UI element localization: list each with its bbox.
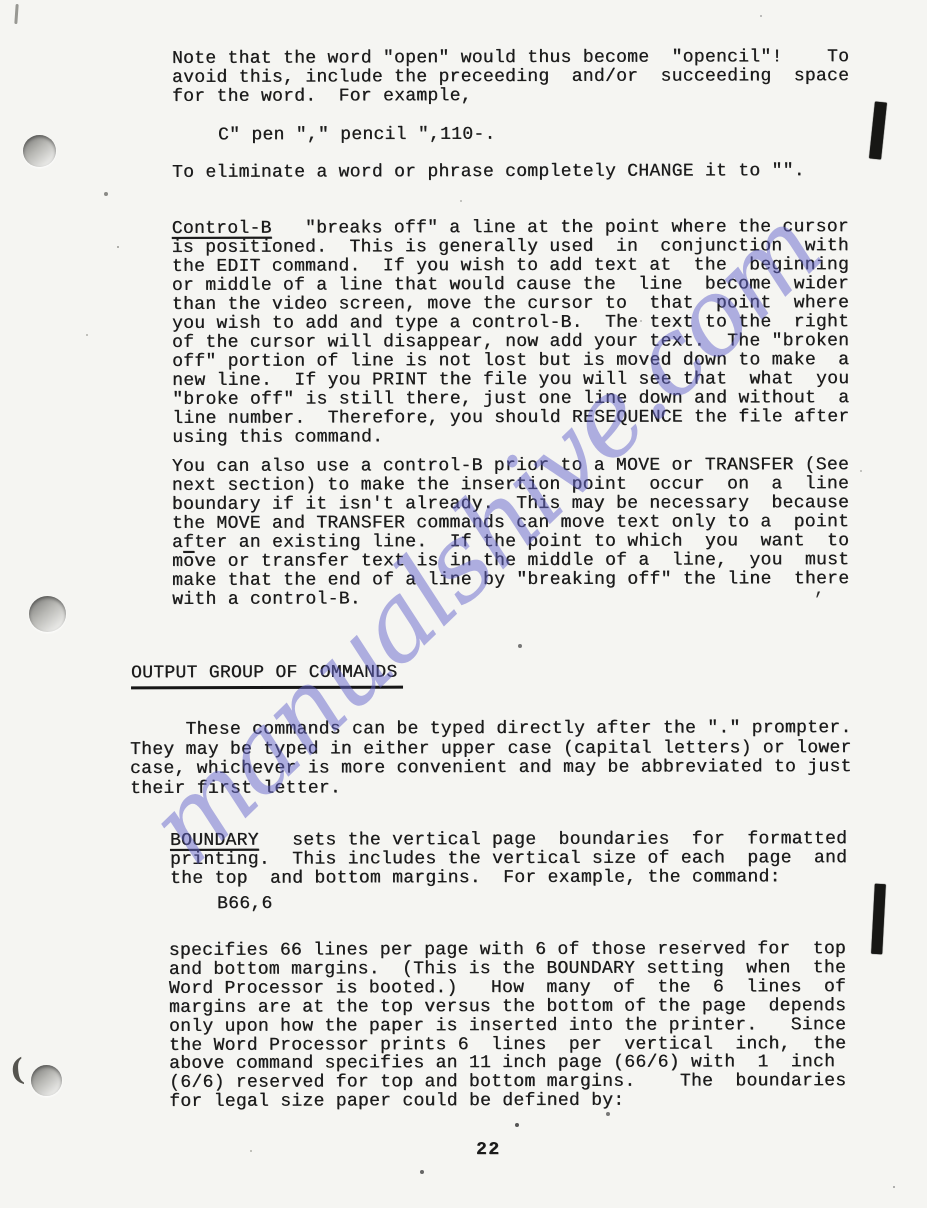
example-boundary-command: B66,6 (217, 895, 273, 914)
corner-scan-mark (14, 4, 18, 24)
hole-punch-top (23, 135, 56, 167)
example-change-command: C" pen "," pencil ",110-. (218, 126, 496, 146)
heading-output-group: OUTPUT GROUP OF COMMANDS (131, 664, 404, 690)
line-eliminate: To eliminate a word or phrase completely… (172, 162, 805, 183)
scan-artifact-bar-bottom (871, 884, 886, 954)
scan-artifact-bar-top (869, 102, 887, 160)
paragraph-control-b: Control-B "breaks off" a line at the poi… (172, 218, 850, 448)
paragraph-intro: These commands can be typed directly aft… (130, 719, 852, 799)
scan-noise (0, 0, 2, 2)
hole-punch-middle (29, 596, 66, 632)
term-boundary: BOUNDARY (170, 831, 259, 851)
underlined-f: f (183, 533, 194, 553)
paren-scan-artifact: ( (8, 1052, 26, 1088)
paragraph-move-transfer: You can also use a control-B prior to a … (172, 456, 850, 610)
paragraph-note: Note that the word "open" would thus bec… (172, 48, 849, 107)
paragraph-boundary: BOUNDARY sets the vertical page boundari… (170, 830, 847, 889)
paragraph-specifies: specifies 66 lines per page with 6 of th… (169, 940, 847, 1112)
stray-comma-mark: , (814, 580, 825, 600)
page-number: 22 (476, 1141, 501, 1160)
term-control-b: Control-B (172, 219, 272, 239)
hole-punch-bottom (31, 1065, 62, 1096)
manual-page: ( Note that the word "open" would thus b… (0, 0, 927, 1208)
